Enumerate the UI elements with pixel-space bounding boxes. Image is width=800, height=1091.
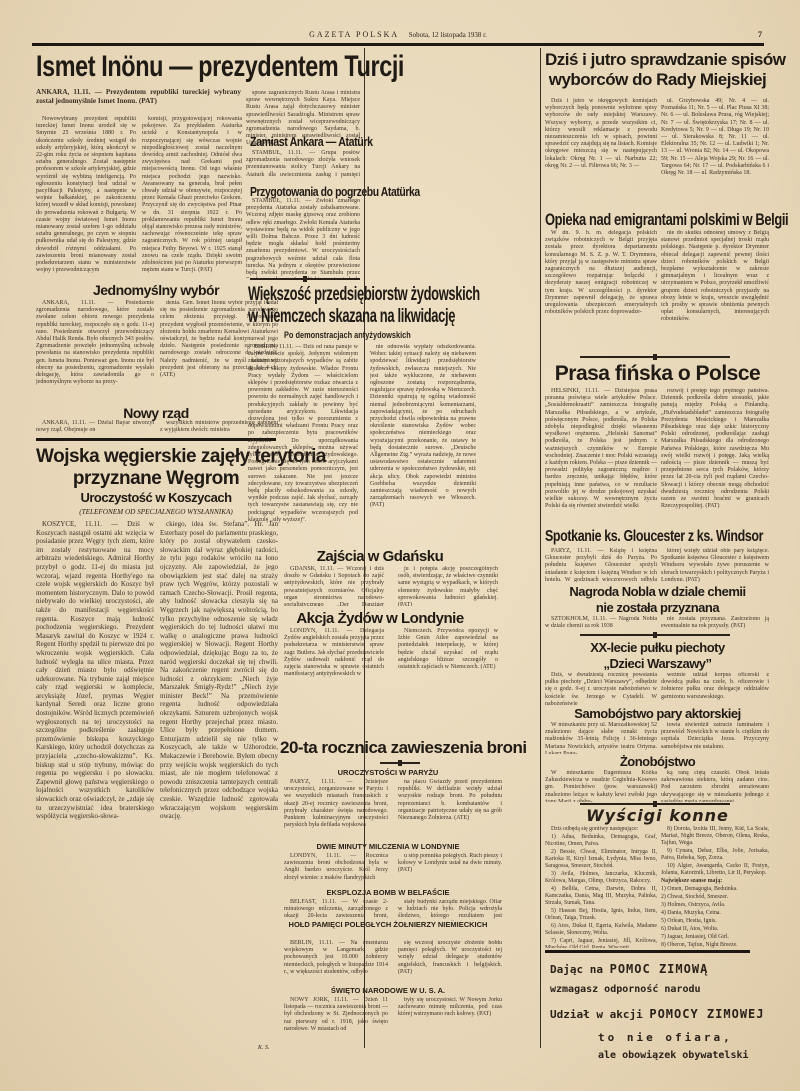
picks-list: 1) Omen, Demagogia, Beduinka.2) Chwat, S… [661,886,769,948]
article-nobel-col1: SZTOKHOLM, 11.11. — Nagroda Nobla w dzia… [545,616,657,632]
headline-wegry-line2: przyznane Węgrom [36,468,276,490]
article-rocznica-col1: BELFAST, 11.11. — W czasie 2-minutowego … [284,899,388,921]
pomoc-zimowa-ad: Dając na POMOC ZIMOWĄ wzmagasz odporność… [550,958,770,1078]
headline-pogrzeb: Przygotowania do pogrzebu Atatürka [250,184,420,199]
issue-date: Sobota, 12 listopada 1938 r. [409,31,487,39]
article-jednomyslny-col1: ANKARA, 11.11. — Posiedzenie zgromadzeni… [36,300,154,400]
race-entry: 4) Bellila, Cetna, Darwin, Dobra II, Kam… [545,886,657,907]
article-nowy-rzad-col1: ANKARA, 11.11. — Dżelal Bayar utworzył n… [36,420,154,436]
race-entry: 10) Algier, Awangarda, Cacko II, Festyn,… [661,863,769,877]
article-inonu-col1: Nowowybrany prezydent republiki tureckie… [36,116,136,294]
ornament-divider [250,278,360,280]
article-rocznica-col1: NOWY JORK, 11.11. — Dzień 11 listopada —… [284,997,388,1037]
subhead-rocznica: EKSPLOZJA BOMB W BELFAŚCIE [282,888,494,897]
headline-rocznica: 20-ta rocznica zawieszenia broni [280,738,500,758]
headline-dzis-line1: Dziś i jutro sprawdzanie spisów [545,50,770,70]
article-rocznica-col1: LONDYN, 11.11. — Rocznica zawieszenia br… [284,853,388,885]
race-entry: 5) Hassan Bej, Hestia, Ignis, Indus, Ite… [545,908,657,922]
article-zonobojstwo-col2: ką raną ciętą czaszki. Obok leżała zakrw… [661,770,769,802]
article-zonobojstwo-col1: W mieszkaniu Eugeniusza Kóżka Załuszkiew… [545,770,657,802]
headline-gloucester: Spotkanie ks. Gloucester z ks. Windsor [545,528,763,546]
pick-entry: 8) Oberon, Tajfun, Night Breeze. [661,942,769,948]
article-gloucester-col1: PARYŻ, 11.11. — Książę i księżna Glouces… [545,548,657,582]
page-number: 7 [758,30,764,39]
pick-entry: 7) Jaguar, Jeniasiej, Old Girl. [661,934,769,941]
pick-entry: 1) Omen, Demagogia, Beduinka. [661,886,769,893]
subhead-niemcy: Po demonstracjach antyżydowskich [284,330,411,340]
article-dzis-col1: Dziś i jutro w okręgowych komisjach wybo… [545,98,657,203]
section-rule [36,438,276,441]
article-rocznica-col2: się wczoraj uroczyste złożenie hołdu pam… [398,940,502,978]
headline-niemcy-line2: w Niemczech skazana na likwidację [248,306,455,328]
headline-dzis-line2: wyborców do Rady Miejskiej [545,70,770,90]
article-rocznica-col2: stały budynki zarządu miejskiego. Ofiar … [398,899,502,921]
headline-inonu: Ismet Inönu — prezydentem Turcji [36,50,404,84]
section-rule [545,950,750,953]
article-nobel-col2: nie została przyznana. Zastrzeżono ją ew… [661,616,769,632]
article-rocznica-col2: na placu Gwiazdy przed prezydentem repub… [398,779,502,839]
lead-inonu: ANKARA, 11.11. — Prezydentem republiki t… [36,88,241,108]
pick-entry: 6) Dukat II, Atos, Wolta. [661,926,769,933]
article-inonu-col2: komisji, przygotowującej rokowania pokoj… [142,116,242,294]
article-gdansk-col1: GDAŃSK, 11.11. — Wczoraj i dziś doszło w… [284,566,384,606]
headline-wegry-line1: Wojska węgierskie zajęły terytoria [36,446,276,468]
article-rocznica-col1: BERLIN, 11.11. — Na cmentarzu wojskowym … [284,940,388,978]
article-gdansk-col2: ju i potępia akcję poszczególnych osób, … [398,566,498,606]
article-prasa-finska-col1: HELSINKI, 11.11. — Dzisiejsza prasa pora… [545,388,657,528]
article-dzis-col2: ul. Grzybowska 49; Nr. 4 — ul. Poznańska… [661,98,769,203]
headline-opieka: Opieka nad emigrantami polskimi w Belgii [545,210,788,230]
race-entry: 8) Dorota, Izolda III, Jenny, Kid, La Sc… [661,826,769,847]
ornament-divider [580,634,730,636]
article-niemcy-col2: nie odnowiła wypłaty odszkodowania. Wobe… [370,344,476,542]
race-entry: 6) Atos, Dukat II, Egeria, Kalwila, Mada… [545,923,657,937]
pick-entry: 2) Chwat, Stochód, Smeszer. [661,894,769,901]
article-zamiast-ankara: STAMBUŁ, 11.11. — Grupa posłów zgromadze… [246,150,360,178]
headline-wyscigi: Wyścigi konne [545,806,770,825]
masthead-rule [32,43,764,46]
article-niemcy-col1: BERLIN, 11.11. — Dziś od rana panuje w c… [248,344,358,542]
pick-entry: 4) Dania, Muzyka, Cetna. [661,910,769,917]
race-entry: 2) Bessie, Chwat, Eliminator, Intryga II… [545,849,657,870]
subhead-rocznica: ŚWIĘTO NARODOWE W U. S. A. [282,986,494,995]
headline-jednomyslny: Jednomyślny wybór [36,282,276,298]
race-entry: 9) Cynara, Debar, Elba, Jolie, Jorisaka,… [661,848,769,862]
race-entry: 1) Adua, Beduinka, Demagogia, Graf, Nico… [545,834,657,848]
byline-wegry: (TELEFONEM OD SPECJALNEGO WYSŁANNIKA) [36,508,276,516]
article-samobojstwo-col1: W mieszkaniu przy ul. Marszałkowskiej 52… [545,722,657,754]
ornament-divider [580,356,730,358]
subhead-wegry: Uroczystość w Koszycach [36,490,276,505]
headline-zamiast-ankara: Zamiast Ankara — Atatürk [250,134,373,149]
ornament-divider [380,762,420,764]
headline-prasa-finska: Prasa fińska o Polsce [545,362,770,386]
article-wyscigi-col1: Dziś odbędą się gonitwy następujące: 1) … [545,826,657,948]
article-rocznica-col2: były się uroczystości. W Nowym Jorku zac… [398,997,502,1037]
article-opieka-col2: nie do skutku odnośnej umowy z Belgią st… [661,230,769,348]
article-londyn-col2: Niemczech. Przywódca opozycji w Izbie Gm… [398,628,498,686]
article-wegry-col1: KOSZYCE, 11.11. — Dziś w Koszycach nastą… [36,520,154,1070]
headline-pulk-line1: XX-lecie pułku piechoty [545,640,770,655]
race-entry: 3) Avila, Holmes, Janczarka, Klucznik, K… [545,871,657,885]
pick-entry: 3) Holmes, Ostrzyca, Avila. [661,902,769,909]
article-pogrzeb: STAMBUŁ, 11.11. — Zwłoki zmarłego prezyd… [246,198,360,278]
headline-londyn: Akcja Żydów w Londynie [280,610,480,627]
masthead: GAZETA POLSKA Sobota, 12 listopada 1938 … [32,30,764,44]
paper-name: GAZETA POLSKA [309,30,399,39]
headline-zonobojstwo: Żonobójstwo [545,754,770,769]
picks-title: Największe szanse mają: [661,878,769,885]
headline-niemcy-line1: Większość przedsiębiorstw żydowskich [248,284,480,306]
article-wyscigi-col2: 8) Dorota, Izolda III, Jenny, Kid, La Sc… [661,826,769,948]
article-londyn-col1: LONDYN, 11.11. — Delegacja Żydów angiels… [284,628,384,686]
headline-pulk-line2: „Dzieci Warszawy” [545,656,770,671]
subhead-rocznica: DWIE MINUTY MILCZENIA W LONDYNIE [282,842,494,851]
race-list: 8) Dorota, Izolda III, Jenny, Kid, La Sc… [661,826,769,877]
newspaper-page: GAZETA POLSKA Sobota, 12 listopada 1938 … [0,0,800,1091]
ornament-divider [580,803,730,805]
race-entry: 7) Capri, Jaguar, Jeniasiej, Jill, Królo… [545,938,657,948]
pick-entry: 5) Orlean, Hestia, Ignis. [661,918,769,925]
article-rocznica-col2: u stóp pomnika poległych. Ruch pieszy i … [398,853,502,885]
race-list: 1) Adua, Beduinka, Demagogia, Graf, Nico… [545,834,657,948]
article-gloucester-col2: której wzięły udział obie pary książęce.… [661,548,769,582]
article-prasa-finska-col2: rozwój i postęp tego prężnego państwa. D… [661,388,769,528]
article-pulk-col2: weźmie udział korpus oficerski z dowódcą… [661,672,769,706]
article-pulk-col1: Dziś, w dwudziestą rocznicę powstania pu… [545,672,657,706]
headline-nowy-rzad: Nowy rząd [36,405,276,421]
headline-gdansk: Zajścia w Gdańsku [280,548,480,565]
article-opieka-col1: W dn. 9. b. m. delegacja polskich związk… [545,230,657,348]
headline-nobel-line1: Nagroda Nobla w dziale chemii [545,584,770,599]
article-samobojstwo-col2: towia stwierdził zatrucie luminalem i pr… [661,722,769,754]
headline-nobel-line2: nie została przyznana [545,600,770,615]
article-rocznica-col1: PARYŻ, 11.11. — Dzisiejsze uroczystości,… [284,779,388,839]
headline-samobojstwo: Samobójstwo pary aktorskiej [545,706,770,721]
article-wegry-col2: ckiego, idea św. Stefana”. Hr. Jan Ester… [160,520,278,1035]
signature-wegry: K. S. [258,1045,270,1051]
subhead-rocznica: UROCZYSTOŚCI W PARYŻU [282,768,494,777]
column-divider [540,48,541,1048]
subhead-rocznica: HOŁD PAMIĘCI POLEGŁYCH ŻOŁNIERZY NIEMIEC… [282,920,494,929]
